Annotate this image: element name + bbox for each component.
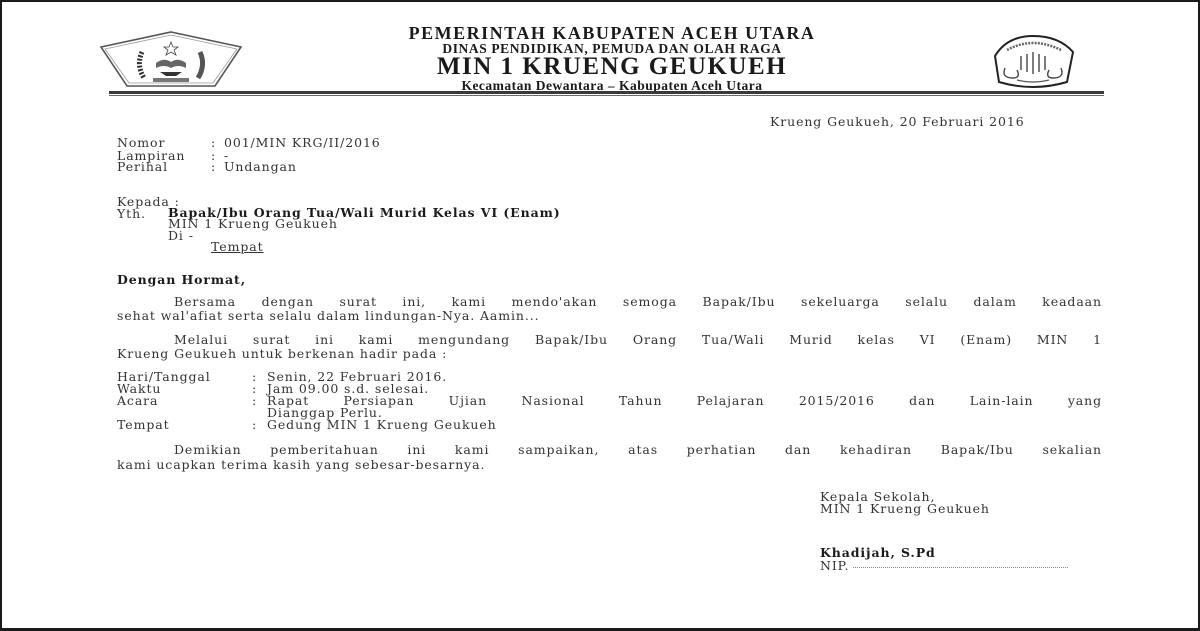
paragraph-closing-line1: Demikian pemberitahuan ini kami sampaika… — [174, 442, 1102, 457]
place-date: Krueng Geukueh, 20 Februari 2016 — [770, 114, 1025, 129]
paragraph-closing-line2: kami ucapkan terima kasih yang sebesar-b… — [117, 457, 485, 472]
event-label-place: Tempat — [117, 417, 170, 432]
document-page: PEMERINTAH KABUPATEN ACEH UTARA DINAS PE… — [0, 0, 1200, 631]
letterhead-rule-thin — [109, 95, 1104, 96]
paragraph-opening-line1: Bersama dengan surat ini, kami mendo'aka… — [174, 294, 1102, 309]
nip-dotted-line — [853, 567, 1068, 568]
event-value-agenda: Rapat Persiapan Ujian Nasional Tahun Pel… — [267, 393, 1102, 408]
letterhead-school-name: MIN 1 KRUENG GEUKUEH — [282, 56, 942, 78]
event-sep: : — [252, 417, 257, 432]
meta-value-perihal: Undangan — [224, 159, 297, 174]
paragraph-invitation-line2: Krueng Geukueh untuk berkenan hadir pada… — [117, 346, 447, 361]
event-value-place: Gedung MIN 1 Krueng Geukueh — [267, 417, 497, 432]
paragraph-opening-line2: sehat wal'afiat serta selalu dalam lindu… — [117, 308, 539, 323]
recipient-yth: Yth. — [117, 206, 146, 221]
nip-label: NIP. — [820, 558, 849, 573]
meta-sep: : — [211, 159, 216, 174]
salutation: Dengan Hormat, — [117, 272, 246, 287]
paragraph-invitation-line1: Melalui surat ini kami mengundang Bapak/… — [174, 332, 1102, 347]
letterhead: PEMERINTAH KABUPATEN ACEH UTARA DINAS PE… — [282, 24, 942, 93]
regency-emblem-icon — [98, 30, 244, 88]
event-sep: : — [252, 393, 257, 408]
letterhead-rule-thick — [109, 91, 1104, 94]
recipient-di: Di - — [168, 228, 194, 243]
signature-nip: NIP. — [820, 558, 1068, 573]
meta-label-perihal: Perihal — [117, 159, 168, 174]
letterhead-government: PEMERINTAH KABUPATEN ACEH UTARA — [282, 24, 942, 42]
meta-value-nomor: 001/MIN KRG/II/2016 — [224, 135, 381, 150]
tut-wuri-handayani-icon — [987, 32, 1079, 92]
signature-org: MIN 1 Krueng Geukueh — [820, 501, 990, 516]
recipient-tempat: Tempat — [211, 239, 264, 254]
event-label-agenda: Acara — [117, 393, 158, 408]
